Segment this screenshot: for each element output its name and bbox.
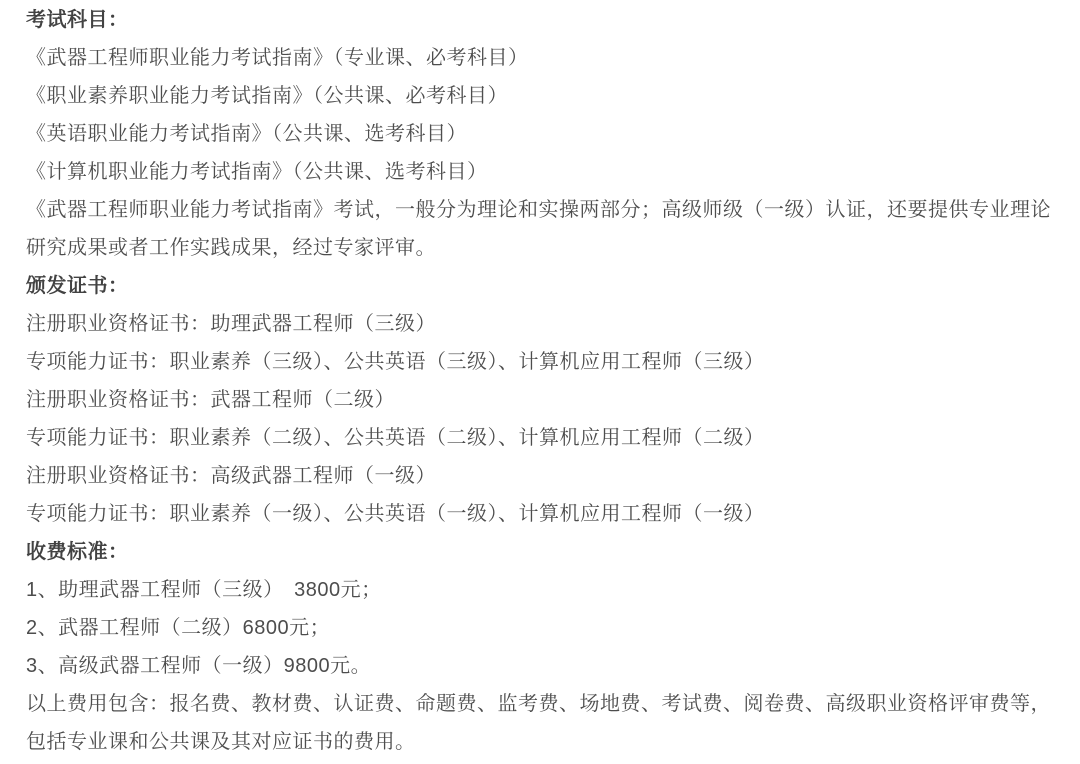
article-body: 考试科目： 《武器工程师职业能力考试指南》（专业课、必考科目） 《职业素养职业能… bbox=[0, 0, 1080, 761]
fee-line: 3、高级武器工程师（一级）9800元。 bbox=[26, 647, 1054, 685]
exam-format-note: 《武器工程师职业能力考试指南》考试，一般分为理论和实操两部分；高级师级（一级）认… bbox=[26, 191, 1054, 267]
certificate-line: 专项能力证书：职业素养（三级）、公共英语（三级）、计算机应用工程师（三级） bbox=[26, 343, 1054, 381]
certificates-heading: 颁发证书： bbox=[26, 267, 1054, 305]
certificate-line: 注册职业资格证书：助理武器工程师（三级） bbox=[26, 305, 1054, 343]
fee-line: 1、助理武器工程师（三级） 3800元； bbox=[26, 571, 1054, 609]
exam-subject-line: 《职业素养职业能力考试指南》（公共课、必考科目） bbox=[26, 77, 1054, 115]
fees-inclusion-note: 以上费用包含：报名费、教材费、认证费、命题费、监考费、场地费、考试费、阅卷费、高… bbox=[26, 685, 1054, 761]
certificate-line: 注册职业资格证书：武器工程师（二级） bbox=[26, 381, 1054, 419]
exam-subject-line: 《武器工程师职业能力考试指南》（专业课、必考科目） bbox=[26, 39, 1054, 77]
certificate-line: 注册职业资格证书：高级武器工程师（一级） bbox=[26, 457, 1054, 495]
exam-subject-line: 《计算机职业能力考试指南》（公共课、选考科目） bbox=[26, 153, 1054, 191]
certificate-line: 专项能力证书：职业素养（一级）、公共英语（一级）、计算机应用工程师（一级） bbox=[26, 495, 1054, 533]
section-exam-subjects: 考试科目： 《武器工程师职业能力考试指南》（专业课、必考科目） 《职业素养职业能… bbox=[26, 1, 1054, 267]
fee-line: 2、武器工程师（二级）6800元； bbox=[26, 609, 1054, 647]
certificate-line: 专项能力证书：职业素养（二级）、公共英语（二级）、计算机应用工程师（二级） bbox=[26, 419, 1054, 457]
section-certificates: 颁发证书： 注册职业资格证书：助理武器工程师（三级） 专项能力证书：职业素养（三… bbox=[26, 267, 1054, 533]
fees-heading: 收费标准： bbox=[26, 533, 1054, 571]
exam-subject-line: 《英语职业能力考试指南》（公共课、选考科目） bbox=[26, 115, 1054, 153]
exam-subjects-heading: 考试科目： bbox=[26, 1, 1054, 39]
section-fees: 收费标准： 1、助理武器工程师（三级） 3800元； 2、武器工程师（二级）68… bbox=[26, 533, 1054, 761]
